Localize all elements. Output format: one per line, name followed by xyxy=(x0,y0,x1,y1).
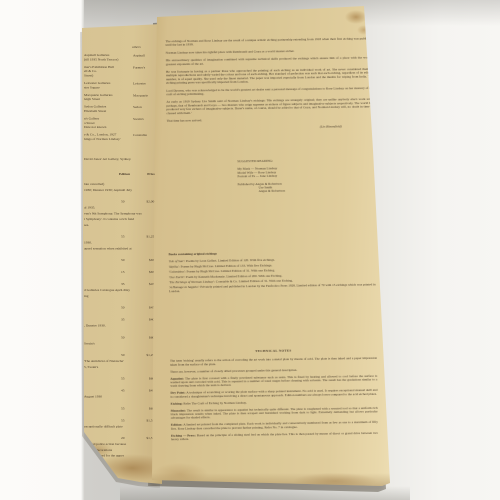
technical-notes-section: TECHNICAL NOTES The term 'etching' usual… xyxy=(170,348,378,445)
gallery-key-row: n's Gallery a Street Date not known Swai… xyxy=(84,117,162,130)
book-detail: Privately printed and published in Londo… xyxy=(169,283,376,293)
paragraph-text: There are, however, a number of closely … xyxy=(170,368,297,373)
others-label: others xyxy=(132,45,141,49)
intro-paragraph: His extraordinary qualities of imaginati… xyxy=(166,56,373,66)
right-page: The etchings of Norman and Rose Lindsay … xyxy=(150,4,395,490)
edition-value: 45 xyxy=(121,389,125,393)
books-section-heading: Books containing original etchings xyxy=(168,250,385,257)
photographed-documents: others Aspinall Galleries (till 1935 Nor… xyxy=(0,0,500,500)
edition-value: 50 xyxy=(121,258,125,262)
publisher-line: Angus & Robertson xyxy=(238,189,285,193)
edition-value: 35 xyxy=(121,282,125,286)
gallery-key-row: e & Co., London, 1927 hings of Norman Li… xyxy=(84,133,162,142)
technical-paragraph: Aquatint: The plate is first covered wit… xyxy=(170,374,377,388)
note-text: Swain's xyxy=(84,341,95,345)
price-column-header: Price xyxy=(147,172,155,176)
note-text: d Galleries Catalogue April-May xyxy=(84,288,130,292)
technical-notes-heading: TECHNICAL NOTES xyxy=(170,348,377,355)
paragraph-text: A technique of scratching or scoring the… xyxy=(170,389,377,399)
note-text: , Dunster 1930. xyxy=(84,324,106,328)
gallery-label: Aspinall xyxy=(133,54,145,58)
note-text: 1930; Dunster 1930; Aspinall July xyxy=(84,188,132,192)
technical-paragraph: Etching — Press: Based on the principle … xyxy=(171,431,378,441)
book-title: 'Idyllia': xyxy=(169,265,180,269)
edition-value: 50 xyxy=(121,200,125,204)
technical-paragraph: Etching: Refer The Craft of Etching by N… xyxy=(171,399,378,406)
edition-value: 15 xyxy=(121,270,125,274)
catalogue-row: 20$1,500 xyxy=(84,430,160,442)
edition-value: 55 xyxy=(121,377,125,381)
note-text: 5, Swain's xyxy=(84,365,98,369)
note-text: exceptionally difficult plate xyxy=(84,424,123,428)
gallery-label: Leicester xyxy=(133,81,146,85)
paragraph-text: The term 'etching' usually refers to the… xyxy=(170,357,377,367)
catalogue-row: 50$2,000 xyxy=(84,194,160,206)
gallery-label: Macquarie xyxy=(133,93,148,97)
catalogue-row: 50$600 xyxy=(84,329,160,341)
note-text: ses. xyxy=(84,223,89,227)
note-text: late cancelled) xyxy=(84,182,104,186)
paragraph-lead: Etching: xyxy=(171,402,183,406)
catalogue-row: 55$1,500 xyxy=(84,412,160,424)
technical-paragraph: There are, however, a number of closely … xyxy=(170,367,377,374)
gallery-label: Farmer's xyxy=(133,65,145,69)
intro-paragraph: The etchings of Norman and Rose Lindsay … xyxy=(166,37,373,47)
book-detail: Poem by Kenneth Mackenzie. Limited Editi… xyxy=(186,274,282,279)
gallery-line: (till 1935 North Terrace) xyxy=(84,57,131,61)
gallery-line: Street) xyxy=(84,73,131,77)
book-detail: Poems by Leon Gellert. Limited Edition o… xyxy=(186,258,275,263)
gallery-key-row: mer's Exhibition Hall ell & Co. Street) … xyxy=(84,65,162,78)
catalogue-row: 15$650 xyxy=(84,264,160,276)
gallery-line: Date not known xyxy=(84,125,131,129)
book-detail: Poems by Hugh McCrae. Limited Edition of… xyxy=(181,264,273,269)
books-with-etchings-section: Books containing original etchings 'Isle… xyxy=(168,250,386,295)
gallery-label: Swain's xyxy=(133,117,144,121)
intro-paragraph: As early as 1919 Sydney Ure Smith said o… xyxy=(166,98,373,116)
catalogue-row: 55$600 xyxy=(84,371,160,383)
intro-paragraph: That time has now arrived. xyxy=(167,116,374,123)
right-page-content: The etchings of Norman and Rose Lindsay … xyxy=(150,1,402,490)
book-title: 'The Etchings of Norman Lindsay': xyxy=(169,280,215,284)
note-text: ing xyxy=(84,294,88,298)
gallery-key-list: Aspinall Galleries (till 1935 North Terr… xyxy=(84,53,162,145)
suggested-book: Portrait of Pa — Jane Lindsay xyxy=(237,174,284,178)
technical-paragraph: Mezzotint: The result is similar in appe… xyxy=(171,406,378,420)
book-title: 'Our Earth': xyxy=(169,275,185,279)
edition-value: 55 xyxy=(121,235,125,239)
edition-value: 55 xyxy=(121,418,125,422)
gallery-line: leigh Street xyxy=(84,97,131,101)
catalogue-row: 35$400 xyxy=(84,312,160,324)
catalogue-row: 50$450 xyxy=(84,300,160,312)
book-item: 'A Homage to Sappho': Privately printed … xyxy=(169,283,386,293)
edition-value: 50 xyxy=(121,306,125,310)
note-text: t Symphony'. It contains a rich fund xyxy=(84,217,134,221)
gallery-line: ster Square xyxy=(84,85,131,89)
technical-paragraph: The term 'etching' usually refers to the… xyxy=(170,357,377,367)
gallery-key-row: Aspinall Galleries (till 1935 North Terr… xyxy=(84,53,162,62)
sydney-gallery-line: David Jones' Art Gallery, Sydney. xyxy=(84,157,160,161)
note-text: 1930. xyxy=(84,241,92,245)
book-detail: Constable & Co. Limited Edition of 31. W… xyxy=(216,279,293,284)
edition-value: 20 xyxy=(121,436,125,440)
introduction-text: The etchings of Norman and Rose Lindsay … xyxy=(166,37,374,131)
gallery-key-row: Leicester Galleries ster Square Leiceste… xyxy=(84,81,162,90)
catalogue-row: 45$450 xyxy=(84,383,160,395)
book-detail: Poems by Hugh McCrae. Limited Edition of… xyxy=(187,269,275,274)
gallery-label: Constable xyxy=(133,133,147,137)
intro-paragraph: Norman Lindsay now takes his rightful pl… xyxy=(166,48,373,55)
gallery-line: Elizabeth Street xyxy=(84,109,131,113)
note-text: al 1935. xyxy=(84,206,95,210)
note-text: aused sensation when exhibited at xyxy=(84,246,132,250)
catalogue-price-table: late cancelled) 1930; Dunster 1930; Aspi… xyxy=(84,182,160,459)
left-page-content: others Aspinall Galleries (till 1935 Nor… xyxy=(82,22,164,486)
paragraph-text: The result is similar in appearance to a… xyxy=(171,406,378,420)
paragraph-text: Based on the principle of a sliding stee… xyxy=(171,431,378,441)
suggested-reading-heading: SUGGESTED READING: xyxy=(237,159,284,163)
edition-value: 50 xyxy=(121,335,125,339)
edition-value: 50 xyxy=(121,353,125,357)
paragraph-text: Refer The Craft of Etching by Norman Lin… xyxy=(183,401,246,405)
note-text: August 1930 xyxy=(84,395,102,399)
technical-paragraph: Edition: A limited set printed from the … xyxy=(171,421,378,431)
technical-paragraph: Dry Point: A technique of scratching or … xyxy=(170,389,377,399)
catalogue-row: 35$450 xyxy=(84,276,160,288)
book-title: 'Isle of San': xyxy=(169,260,185,264)
catalogue-row: 50$1,250 xyxy=(84,347,160,359)
intro-paragraph: He was fortunate in having as a partner … xyxy=(166,67,373,85)
catalogue-row: 55$600 xyxy=(84,400,160,412)
gallery-key-row: Sedon Galleries Elizabeth Street Sedon xyxy=(84,105,162,114)
left-page: others Aspinall Galleries (till 1935 Nor… xyxy=(80,22,162,486)
author-attribution: (Lin Bloomfield) xyxy=(167,124,374,131)
gallery-key-row: Macquarie Galleries leigh Street Macquar… xyxy=(84,93,162,102)
edition-value: 35 xyxy=(121,318,125,322)
paragraph-text: A limited set printed from the completed… xyxy=(171,421,378,431)
edition-column-header: Edition xyxy=(119,172,130,176)
book-title: 'Colombine': xyxy=(169,270,186,274)
note-text: ven's 9th Symphony. The Symphony was xyxy=(84,211,142,215)
note-text: 'The Antichrist of Nietzsche' xyxy=(84,359,124,363)
catalogue-row: 55$1,250 xyxy=(84,229,160,241)
suggested-reading-section: SUGGESTED READING: My Mask — Norman Lind… xyxy=(237,159,285,194)
gallery-line: hings of Norman Lindsay' xyxy=(84,137,131,141)
intro-paragraph: Lord Duveen, who was acknowledged to be … xyxy=(166,86,373,96)
paragraph-text: The plate is first covered with a finely… xyxy=(170,374,377,388)
gallery-label: Sedon xyxy=(133,105,142,109)
catalogue-row: 50$650 xyxy=(84,252,160,264)
edition-value: 55 xyxy=(121,406,125,410)
